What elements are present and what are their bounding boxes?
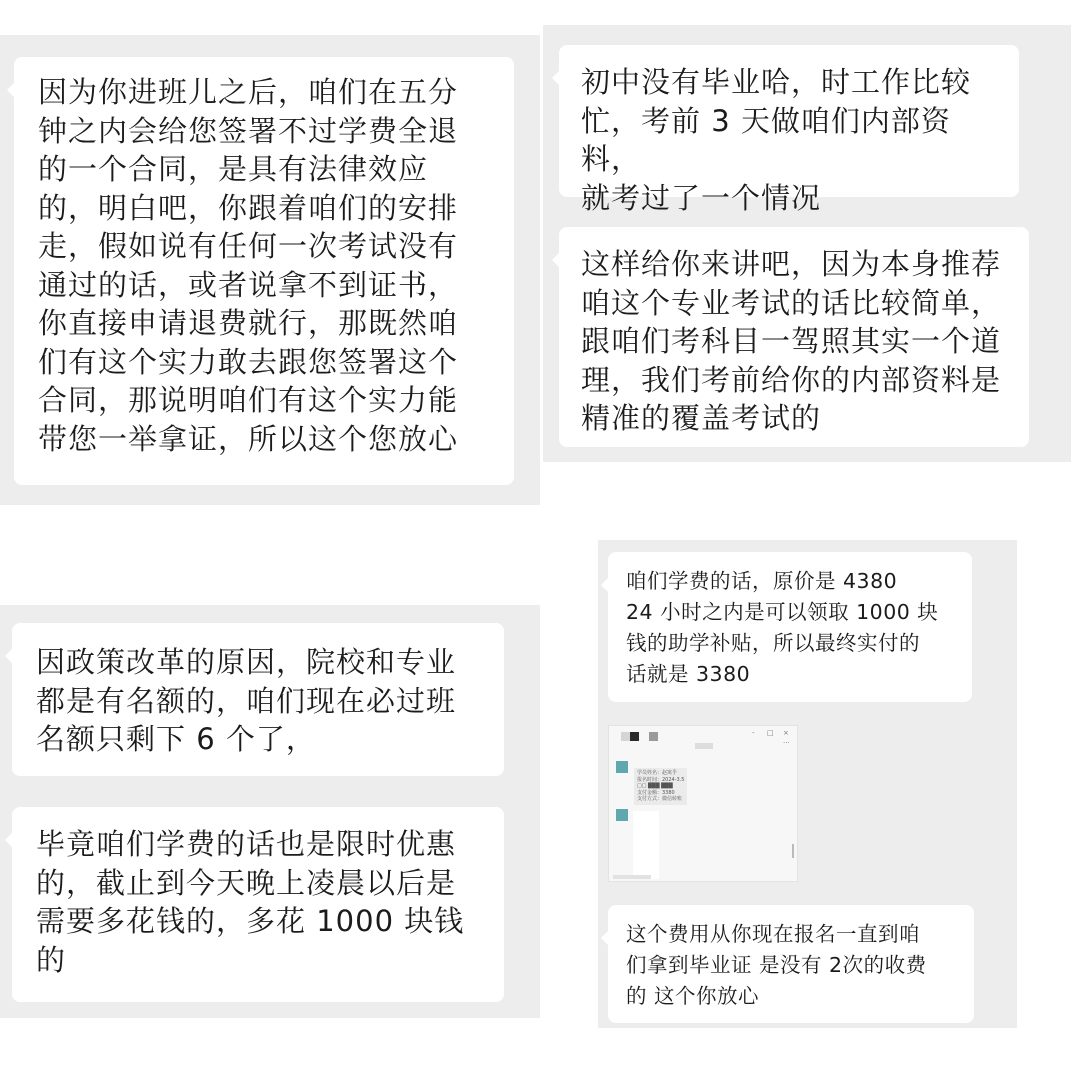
minimize-icon[interactable]: - [752,729,755,737]
embedded-payment-receipt-card [633,811,659,879]
chat-bubble-internal-materials: 这样给你来讲吧，因为本身推荐 咱这个专业考试的话比较简单， 跟咱们考科目一驾照其… [559,227,1029,447]
embedded-line: 支付方式：微信转账 [637,796,684,803]
chat-bubble-limited-time-offer: 毕竟咱们学费的话也是限时优惠 的，截止到今天晚上凌晨以后是 需要多花钱的，多花 … [12,807,504,1002]
chat-panel-top-left: 因为你进班儿之后，咱们在五分 钟之内会给您签署不过学费全退 的一个合同，是具有法… [0,35,540,505]
blurred-avatar-icon [649,732,658,741]
embedded-message-payment-info: 学员姓名：赵寓乎 报名时间：2024-3.5 □□ ███ ███ 支付金额：3… [634,768,687,805]
embedded-chat-title [695,743,713,749]
chat-panel-bottom-right: 咱们学费的话，原价是 4380 24 小时之内是可以领取 1000 块 钱的助学… [598,540,1017,1028]
blurred-avatar-icon [621,732,630,741]
chat-bubble-refund-contract: 因为你进班儿之后，咱们在五分 钟之内会给您签署不过学费全退 的一个合同，是具有法… [14,57,514,485]
more-icon[interactable]: ··· [783,739,790,747]
blurred-avatar-icon [630,732,639,741]
chat-panel-bottom-left: 因政策改革的原因，院校和专业 都是有名额的，咱们现在必过班 名额只剩下 6 个了… [0,605,540,1018]
contact-avatar [616,761,628,773]
chat-bubble-passed-in-3-days: 初中没有毕业哈，时工作比较 忙，考前 3 天做咱们内部资料， 就考过了一个情况 [559,45,1019,197]
chat-bubble-tuition-price: 咱们学费的话，原价是 4380 24 小时之内是可以领取 1000 块 钱的助学… [608,552,972,702]
chat-panel-top-right: 初中没有毕业哈，时工作比较 忙，考前 3 天做咱们内部资料， 就考过了一个情况 … [543,25,1071,462]
close-icon[interactable]: × [783,729,789,737]
embedded-scrollbar[interactable] [792,844,794,858]
contact-avatar [616,809,628,821]
embedded-footer [613,875,651,879]
maximize-icon[interactable]: □ [767,729,774,737]
chat-bubble-no-extra-fees: 这个费用从你现在报名一直到咱 们拿到毕业证 是没有 2次的收费 的 这个你放心 [608,905,974,1023]
chat-bubble-limited-slots: 因政策改革的原因，院校和专业 都是有名额的，咱们现在必过班 名额只剩下 6 个了… [12,623,504,776]
embedded-chat-screenshot[interactable]: - □ × ··· 学员姓名：赵寓乎 报名时间：2024-3.5 □□ ███ … [608,725,798,882]
